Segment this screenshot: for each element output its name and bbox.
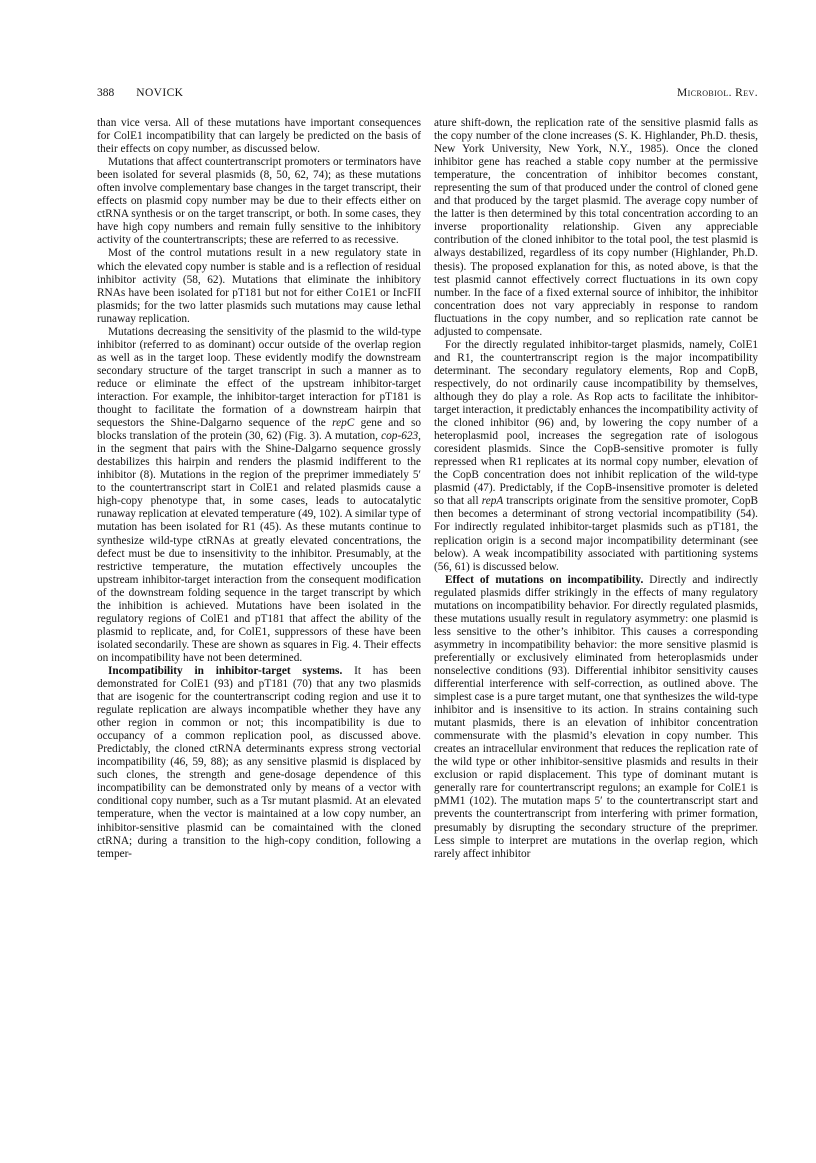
column-right: ature shift-down, the replication rate o…: [434, 117, 758, 861]
page-header: 388NOVICK Microbiol. Rev.: [97, 87, 758, 99]
text-columns: than vice versa. All of these mutations …: [97, 117, 758, 861]
paragraph: Mutations that affect countertranscript …: [97, 156, 421, 247]
text-run: Mutations decreasing the sensitivity of …: [97, 326, 421, 429]
paragraph: Most of the control mutations result in …: [97, 247, 421, 325]
run-in-heading: Effect of mutations on incompatibility.: [445, 574, 643, 586]
journal-name: Microbiol. Rev.: [677, 87, 758, 99]
text-run: Most of the control mutations result in …: [97, 247, 421, 324]
paragraph: Incompatibility in inhibitor-target syst…: [97, 665, 421, 861]
paragraph: Mutations decreasing the sensitivity of …: [97, 326, 421, 665]
text-run: than vice versa. All of these mutations …: [97, 117, 421, 155]
text-run: ature shift-down, the replication rate o…: [434, 117, 758, 338]
text-run: For the directly regulated inhibitor-tar…: [434, 339, 758, 508]
page-number: 388: [97, 87, 114, 99]
paragraph: ature shift-down, the replication rate o…: [434, 117, 758, 339]
running-author: NOVICK: [136, 87, 183, 99]
paragraph: Effect of mutations on incompatibility. …: [434, 574, 758, 861]
italic-term: cop-623: [381, 430, 418, 442]
paragraph: For the directly regulated inhibitor-tar…: [434, 339, 758, 574]
running-head-left: 388NOVICK: [97, 87, 183, 99]
column-left: than vice versa. All of these mutations …: [97, 117, 421, 861]
text-run: It has been demonstrated for ColE1 (93) …: [97, 665, 421, 860]
paragraph: than vice versa. All of these mutations …: [97, 117, 421, 156]
text-run: Directly and indirectly regulated plasmi…: [434, 574, 758, 860]
text-run: Mutations that affect countertranscript …: [97, 156, 421, 246]
run-in-heading: Incompatibility in inhibitor-target syst…: [108, 665, 342, 677]
text-run: , in the segment that pairs with the Shi…: [97, 430, 421, 664]
italic-term: repC: [332, 417, 354, 429]
italic-term: repA: [482, 495, 504, 507]
journal-page: 388NOVICK Microbiol. Rev. than vice vers…: [0, 0, 816, 1163]
